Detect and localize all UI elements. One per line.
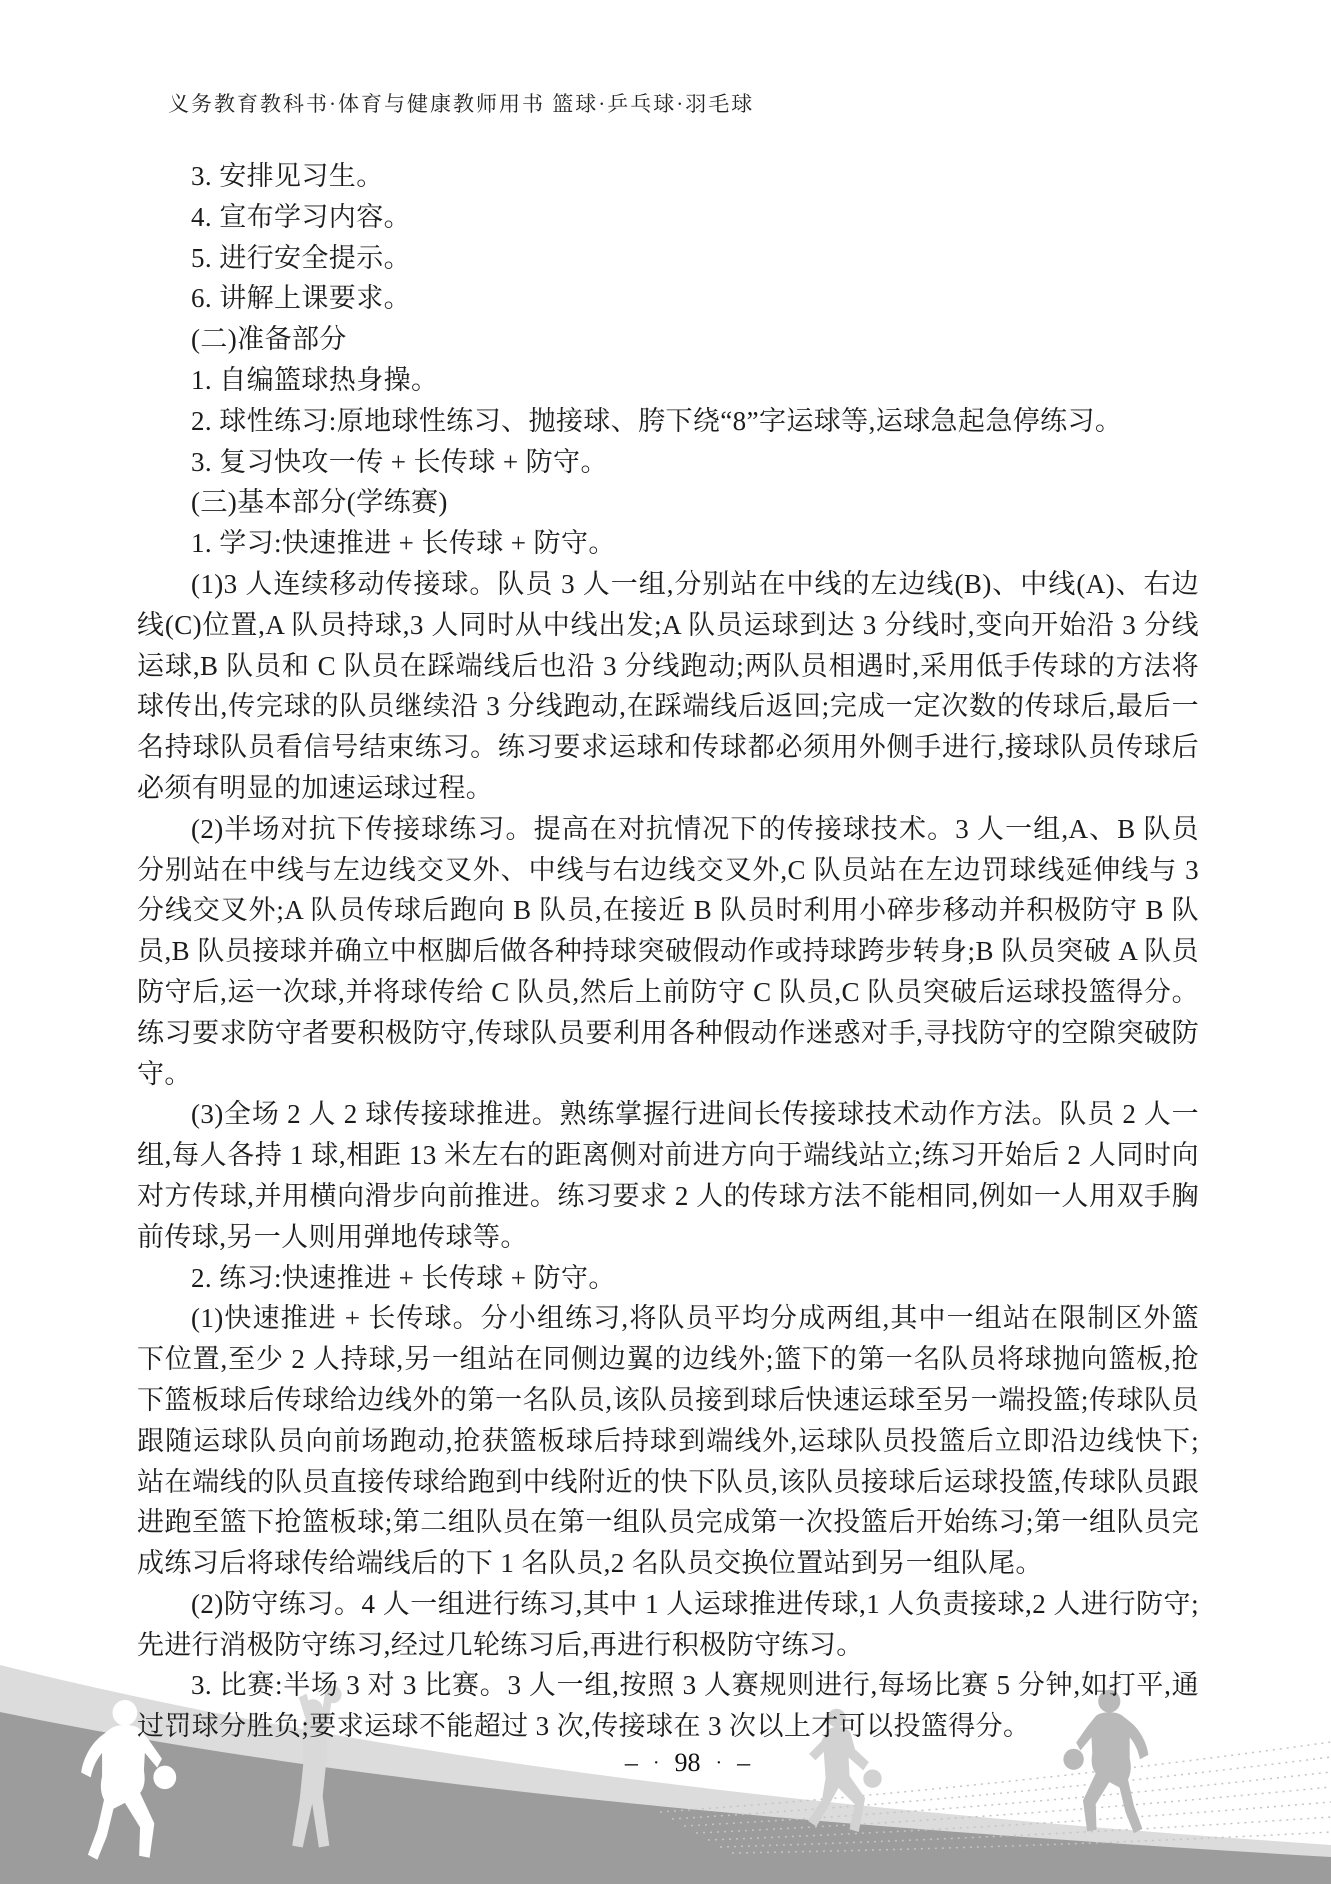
page-number: – · 98 · –	[625, 1748, 750, 1778]
list-item: 6. 讲解上课要求。	[137, 278, 1199, 319]
section-heading: (三)基本部分(学练赛)	[137, 482, 1199, 523]
list-item: 5. 进行安全提示。	[137, 238, 1199, 279]
paragraph: (3)全场 2 人 2 球传接球推进。熟练掌握行进间长传接球技术动作方法。队员 …	[137, 1094, 1199, 1257]
page-number-dot-left: ·	[653, 1752, 660, 1775]
list-item: 3. 安排见习生。	[137, 156, 1199, 197]
list-item: 3. 复习快攻一传 + 长传球 + 防守。	[137, 442, 1199, 483]
paragraph: 3. 比赛:半场 3 对 3 比赛。3 人一组,按照 3 人赛规则进行,每场比赛…	[137, 1665, 1199, 1747]
footer-hatch-lines	[660, 1742, 1331, 1853]
list-item: 2. 练习:快速推进 + 长传球 + 防守。	[137, 1258, 1199, 1299]
list-item: 4. 宣布学习内容。	[137, 197, 1199, 238]
running-head: 义务教育教科书·体育与健康教师用书 篮球·乒乓球·羽毛球	[168, 88, 754, 118]
paragraph: (2)半场对抗下传接球练习。提高在对抗情况下的传接球技术。3 人一组,A、B 队…	[137, 809, 1199, 1095]
page-number-value: 98	[675, 1748, 701, 1778]
list-item: 1. 自编篮球热身操。	[137, 360, 1199, 401]
document-body: 3. 安排见习生。 4. 宣布学习内容。 5. 进行安全提示。 6. 讲解上课要…	[137, 156, 1199, 1747]
section-heading: (二)准备部分	[137, 319, 1199, 360]
page-number-dash-right: –	[737, 1748, 750, 1778]
page-number-dash-left: –	[625, 1748, 638, 1778]
paragraph: (1)3 人连续移动传接球。队员 3 人一组,分别站在中线的左边线(B)、中线(…	[137, 564, 1199, 809]
page-number-dot-right: ·	[716, 1752, 723, 1775]
paragraph: (2)防守练习。4 人一组进行练习,其中 1 人运球推进传球,1 人负责接球,2…	[137, 1584, 1199, 1666]
list-item: 1. 学习:快速推进 + 长传球 + 防守。	[137, 523, 1199, 564]
textbook-page: 义务教育教科书·体育与健康教师用书 篮球·乒乓球·羽毛球 3. 安排见习生。 4…	[0, 0, 1331, 1884]
list-item: 2. 球性练习:原地球性练习、抛接球、胯下绕“8”字运球等,运球急起急停练习。	[137, 401, 1199, 442]
paragraph: (1)快速推进 + 长传球。分小组练习,将队员平均分成两组,其中一组站在限制区外…	[137, 1298, 1199, 1584]
